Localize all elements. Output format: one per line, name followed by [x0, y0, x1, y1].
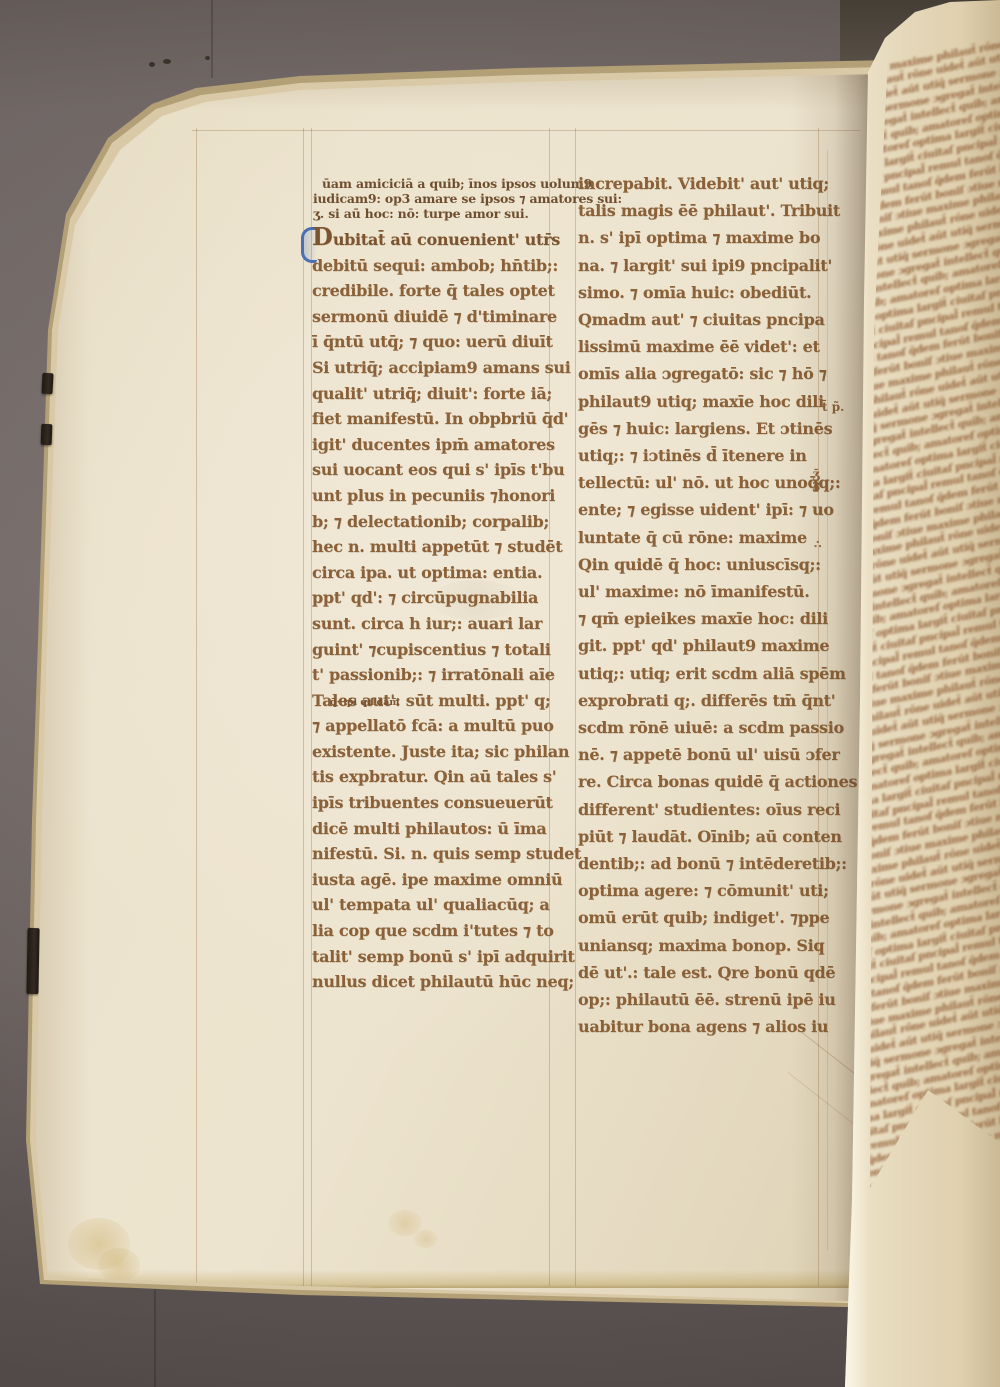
text-column-b: increpabit. Videbit' aut' utiq;talis mag…	[578, 170, 825, 1041]
manuscript-line: guint' ⁊cupiscentius ⁊ totali	[312, 637, 559, 663]
manuscript-line: n. s' ipī optima ⁊ maxime bo	[578, 224, 825, 251]
manuscript-line: hec n. multi appetūt ⁊ studēt	[312, 534, 559, 560]
manuscript-line: ul' maxime: nō īmanifestū.	[578, 578, 825, 605]
manuscript-line: piūt ⁊ laudāt. Oīnib; aū conten	[578, 823, 825, 850]
binding-clasp	[41, 424, 53, 445]
manuscript-line: simo. ⁊ omīa huic: obediūt.	[578, 279, 825, 306]
manuscript-line: Qmadm aut' ⁊ ciuitas pncipa	[578, 306, 825, 333]
manuscript-line: utiq;: utiq; erit scdm aliā spēm	[578, 660, 825, 687]
stain	[414, 1230, 438, 1248]
manuscript-line: t' passionib;: ⁊ irratōnali aīe	[312, 662, 559, 688]
manuscript-line: existente. Juste ita; sic philan	[312, 739, 559, 765]
ruling-line	[192, 130, 860, 131]
manuscript-line: exprobrati q;. differēs tm̄ q̄nt'	[578, 687, 825, 714]
manuscript-line: qualit' utriq̄; diuit': forte iā;	[312, 381, 559, 407]
manuscript-line: lissimū maxime ēē videt': et	[578, 333, 825, 360]
manuscript-line: nifestū. Si. n. quis semp studet	[312, 841, 559, 867]
manuscript-line: dicē multi philautos: ū īma	[312, 816, 559, 842]
header-gloss: ūam amiciciā a quib; īnos ipsos uolum9iu…	[313, 176, 563, 222]
manuscript-line: omīs alia ɔgregatō: sic ⁊ hō ⁊	[578, 360, 825, 387]
manuscript-line: gēs ⁊ huic: largiens. Et ɔtinēs	[578, 415, 825, 442]
manuscript-line: ppt' qd': ⁊ circūpugnabilia	[312, 585, 559, 611]
manuscript-line: debitū sequi: ambob; hn̄tib;:	[312, 253, 559, 279]
manuscript-line: na. ⁊ largit' sui ipi9 pncipalit'	[578, 252, 825, 279]
manuscript-line: credibile. forte q̄ tales optet	[312, 278, 559, 304]
manuscript-line: tellectū: ul' nō. ut hoc unoq̄q;:	[578, 469, 825, 496]
manuscript-line: nē. ⁊ appetē bonū ul' uisū ɔfer	[578, 741, 825, 768]
manuscript-line: ī q̄ntū utq̄; ⁊ quo: uerū diuīt	[312, 329, 559, 355]
manuscript-line: increpabit. Videbit' aut' utiq;	[578, 170, 825, 197]
manuscript-line: uabitur bona agens ⁊ alios iu	[578, 1013, 825, 1040]
text-column-a: Dubitat̄ aū conuenient' utr̄sdebitū sequ…	[312, 224, 559, 995]
page-shading	[960, 0, 1000, 1387]
ruling-line	[575, 128, 576, 1286]
manuscript-line: ipīs tribuentes consueuerūt	[312, 790, 559, 816]
manuscript-line: igit' ducentes ipm̄ amatores	[312, 432, 559, 458]
stain	[98, 1248, 140, 1282]
manuscript-line: Si utriq̄; accipiam9 amans sui	[312, 355, 559, 381]
manuscript-line: re. Circa bonas quidē q̄ actiones	[578, 768, 825, 795]
speck	[149, 62, 155, 67]
manuscript-line: ūam amiciciā a quib; īnos ipsos uolum9	[313, 176, 563, 191]
manuscript-line: sermonū diuidē ⁊ d'timinare	[312, 304, 559, 330]
binding-clasp	[41, 373, 53, 395]
manuscript-line: uniansq; maxima bonop. Siq	[578, 932, 825, 959]
manuscript-line: iusta agē. ipe maxime omniū	[312, 867, 559, 893]
manuscript-line: ente; ⁊ egisse uident' ipī: ⁊ uo	[578, 496, 825, 523]
manuscript-line: git. ppt' qd' philaut9 maxime	[578, 632, 825, 659]
manuscript-page: ūam amiciciā a quib; īnos ipsos uolum9iu…	[0, 0, 882, 1312]
ruling-line	[303, 128, 304, 1286]
manuscript-line: b; ⁊ delectationib; corpalib;	[312, 509, 559, 535]
manuscript-line: optima agere: ⁊ cōmunit' uti;	[578, 877, 825, 904]
manuscript-line: omū erūt quib; indiget'. ⁊ppe	[578, 904, 825, 931]
manuscript-line: talis magis ēē philaut'. Tribuit	[578, 197, 825, 224]
backdrop-seam	[211, 0, 213, 78]
manuscript-line: unt plus in pecuniis ⁊honori	[312, 483, 559, 509]
speck	[205, 56, 210, 60]
manuscript-line: tis expbratur. Qin aū tales s'	[312, 764, 559, 790]
manuscript-line: sui uocant eos qui s' ipīs t'bu	[312, 457, 559, 483]
binding-clasp	[26, 928, 39, 994]
manuscript-line: ʒ. si aū hoc: nō: turpe amor sui.	[313, 206, 563, 221]
manuscript-line: fiet manifestū. In obpbriū q̄d'	[312, 406, 559, 432]
ruling-line	[196, 128, 197, 1286]
manuscript-line: op;: philautū ēē. strenū ipē iu	[578, 986, 825, 1013]
speck	[163, 59, 171, 64]
manuscript-line: dentib;: ad bonū ⁊ intēderetib;:	[578, 850, 825, 877]
manuscript-line: iudicam9: op3 amare se ipsos ⁊ amatores …	[313, 191, 563, 206]
manuscript-line: ul' tempata ul' qualiacūq; a	[312, 892, 559, 918]
manuscript-line: scdm rōnē uiuē: a scdm passio	[578, 714, 825, 741]
manuscript-line: different' studientes: oīus reci	[578, 796, 825, 823]
manuscript-line: luntate q̄ cū rōne: maxime	[578, 524, 825, 551]
manuscript-line: nullus dicet philautū hūc neq;	[312, 969, 559, 995]
manuscript-line: lia cop que scdm i'tutes ⁊ to	[312, 918, 559, 944]
manuscript-line: sunt. circa h iur;: auari lar	[312, 611, 559, 637]
manuscript-line: ⁊ qm̄ epieikes maxīe hoc: dili	[578, 605, 825, 632]
manuscript-line: ⁊ appellatō fcā: a multū puo	[312, 713, 559, 739]
manuscript-line: utiq;: ⁊ iɔtinēs d̄ ītenere in	[578, 442, 825, 469]
manuscript-line: Qin quidē q̄ hoc: uniuscīsq;:	[578, 551, 825, 578]
manuscript-line: philaut9 utiq; maxīe hoc dili	[578, 388, 825, 415]
photographed-manuscript-scene: ūam amiciciā a quib; īnos ipsos uolum9iu…	[0, 0, 1000, 1387]
manuscript-line: talit' semp bonū s' ipī adquirit	[312, 944, 559, 970]
backdrop-seam	[154, 1290, 156, 1387]
manuscript-line: circa ipa. ut optima: entia.	[312, 560, 559, 586]
interlinear-gloss: q̄· ip̄i qd'dam̄	[330, 697, 399, 708]
manuscript-line: dē ut'.: tale est. Qre bonū qdē	[578, 959, 825, 986]
manuscript-line: Dubitat̄ aū conuenient' utr̄s	[312, 224, 559, 253]
